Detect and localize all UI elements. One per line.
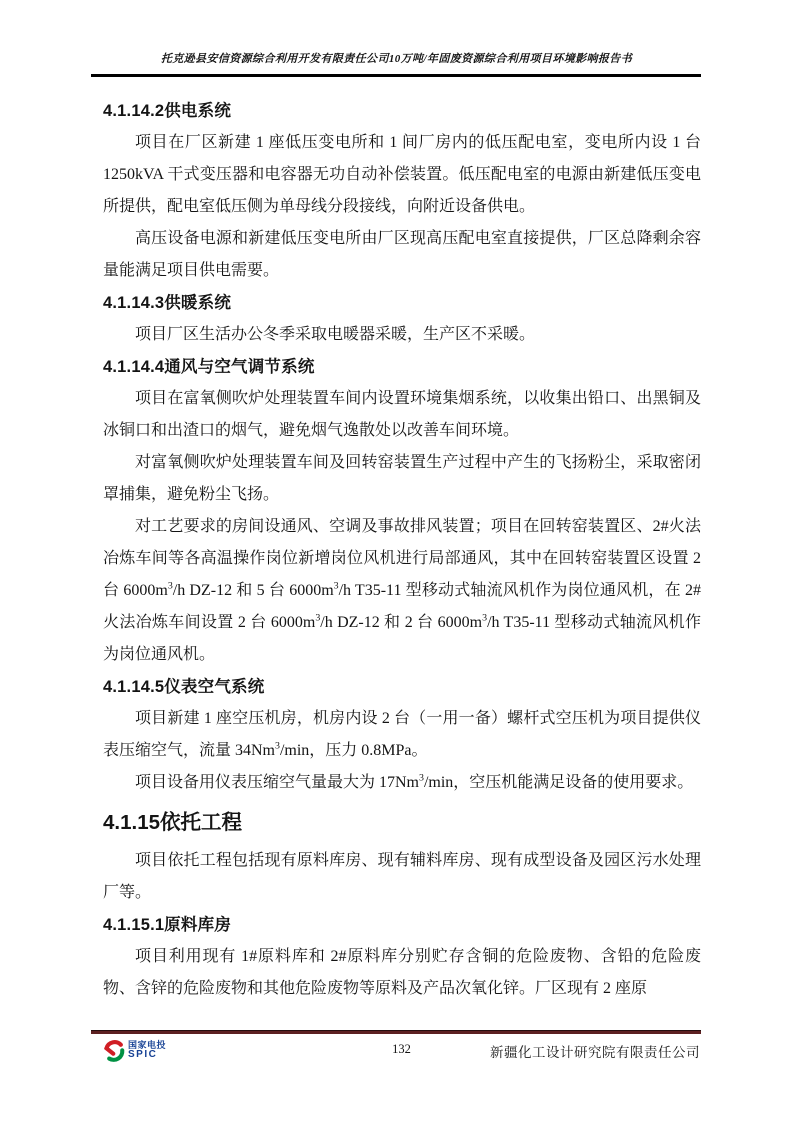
para-raw-material-warehouse: 项目利用现有 1#原料库和 2#原料库分别贮存含铜的危险废物、含铅的危险废物、含… [103,941,701,1005]
para-power-supply-1: 项目在厂区新建 1 座低压变电所和 1 间厂房内的低压配电室，变电所内设 1 台… [103,127,701,223]
para-ventilation-1: 项目在富氧侧吹炉处理装置车间内设置环境集烟系统，以收集出铅口、出黑铜及冰铜口和出… [103,383,701,447]
para-ventilation-3: 对工艺要求的房间设通风、空调及事故排风装置；项目在回转窑装置区、2#火法冶炼车间… [103,511,701,671]
heading-4-1-14-4-ventilation: 4.1.14.4通风与空气调节系统 [103,351,701,383]
heading-4-1-14-2-power-supply: 4.1.14.2供电系统 [103,95,701,127]
page-header-title: 托克逊县安信资源综合利用开发有限责任公司10万吨/年固废资源综合利用项目环境影响… [93,50,700,66]
heading-4-1-15-supporting-works: 4.1.15依托工程 [103,805,701,841]
para-power-supply-2: 高压设备电源和新建低压变电所由厂区现高压配电室直接提供，厂区总降剩余容量能满足项… [103,223,701,287]
page-footer: 国家电投 SPIC 132 新疆化工设计研究院有限责任公司 [103,1038,700,1072]
heading-4-1-14-3-heating: 4.1.14.3供暖系统 [103,287,701,319]
footer-rule [91,1030,701,1034]
header-rule [91,74,701,77]
para-supporting-works: 项目依托工程包括现有原料库房、现有辅料库房、现有成型设备及园区污水处理厂等。 [103,845,701,909]
document-page: 托克逊县安信资源综合利用开发有限责任公司10万吨/年固废资源综合利用项目环境影响… [0,0,793,1122]
para-instrument-air-1: 项目新建 1 座空压机房，机房内设 2 台（一用一备）螺杆式空压机为项目提供仪表… [103,703,701,767]
para-heating: 项目厂区生活办公冬季采取电暖器采暖，生产区不采暖。 [103,319,701,351]
para-ventilation-2: 对富氧侧吹炉处理装置车间及回转窑装置生产过程中产生的飞扬粉尘，采取密闭罩捕集，避… [103,447,701,511]
heading-4-1-15-1-raw-material-warehouse: 4.1.15.1原料库房 [103,909,701,941]
heading-4-1-14-5-instrument-air: 4.1.14.5仪表空气系统 [103,671,701,703]
para-instrument-air-2: 项目设备用仪表压缩空气量最大为 17Nm3/min，空压机能满足设备的使用要求。 [103,767,701,799]
footer-company-name: 新疆化工设计研究院有限责任公司 [490,1041,700,1061]
document-body: 4.1.14.2供电系统项目在厂区新建 1 座低压变电所和 1 间厂房内的低压配… [103,95,701,1005]
